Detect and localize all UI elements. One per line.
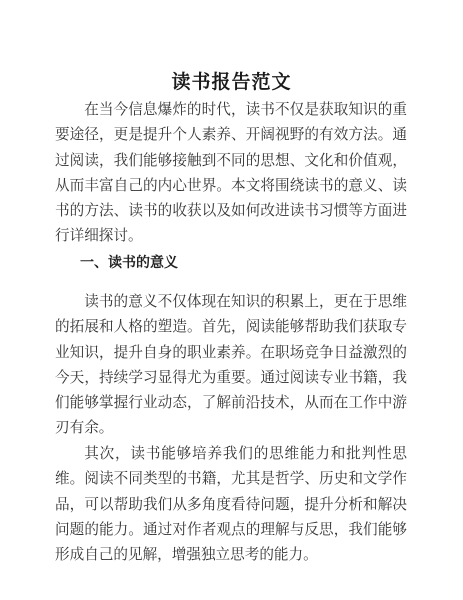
intro-paragraph: 在当今信息爆炸的时代，读书不仅是获取知识的重要途径，更是提升个人素养、开阔视野的…	[55, 97, 407, 249]
document-page: 读书报告范文 在当今信息爆炸的时代，读书不仅是获取知识的重要途径，更是提升个人素…	[0, 0, 463, 600]
document-title: 读书报告范文	[0, 70, 463, 94]
section-paragraph: 其次，读书能够培养我们的思维能力和批判性思维。阅读不同类型的书籍，尤其是哲学、历…	[55, 441, 407, 567]
section-heading-meaning: 一、读书的意义	[80, 253, 178, 273]
section-paragraph: 读书的意义不仅体现在知识的积累上，更在于思维的拓展和人格的塑造。首先，阅读能够帮…	[55, 289, 407, 441]
